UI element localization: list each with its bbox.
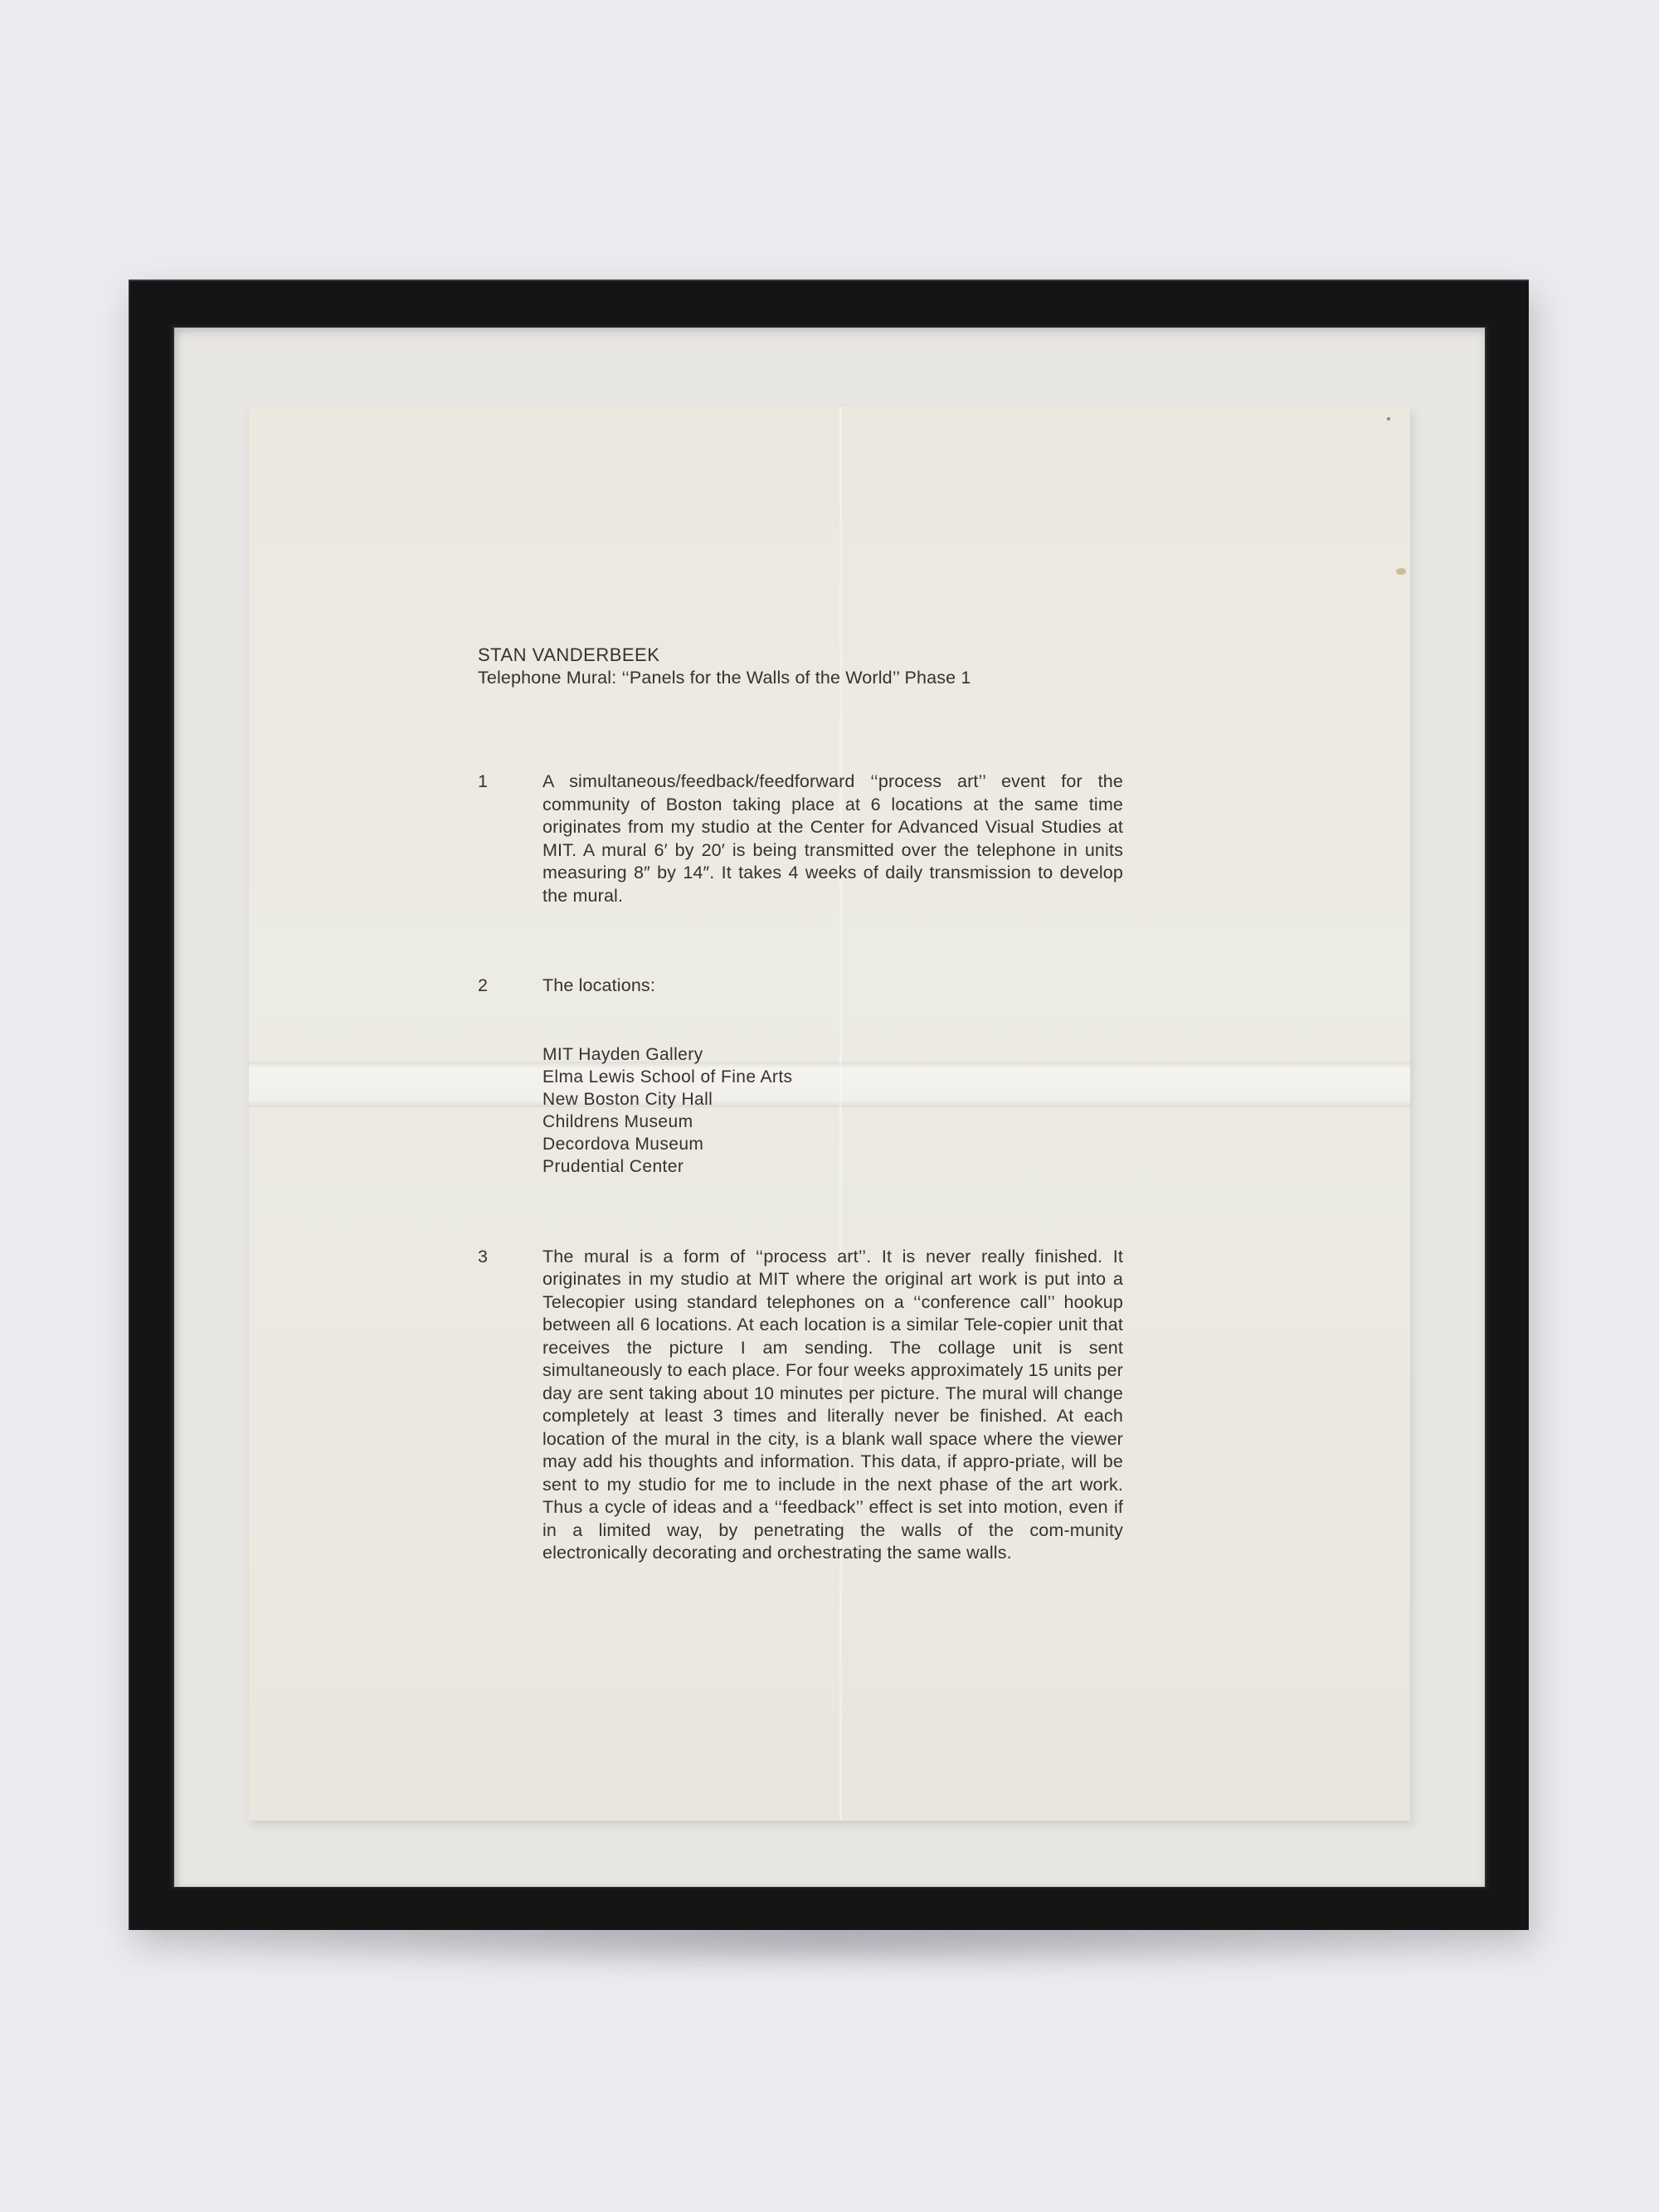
location-item: New Boston City Hall xyxy=(542,1088,1141,1111)
section-1: 1 A simultaneous/feedback/feedforward ‘‘… xyxy=(478,771,1141,907)
document-text: STAN VANDERBEEK Telephone Mural: ‘‘Panel… xyxy=(478,644,1141,1565)
paper-stain xyxy=(1387,417,1390,421)
locations-list: MIT Hayden Gallery Elma Lewis School of … xyxy=(542,1043,1141,1178)
section-3: 3 The mural is a form of ‘‘process art’’… xyxy=(478,1246,1141,1565)
location-item: Decordova Museum xyxy=(542,1133,1141,1155)
section-number: 3 xyxy=(478,1246,488,1269)
section-2: 2 The locations: MIT Hayden Gallery Elma… xyxy=(478,975,1141,1178)
section-body: A simultaneous/feedback/feedforward ‘‘pr… xyxy=(542,771,1123,907)
location-item: Prudential Center xyxy=(542,1155,1141,1178)
section-body: The locations: xyxy=(542,975,1123,998)
paper-stain xyxy=(1396,568,1406,575)
author-name: STAN VANDERBEEK xyxy=(478,644,1141,667)
section-number: 2 xyxy=(478,975,488,998)
section-body: The mural is a form of ‘‘process art’’. … xyxy=(542,1246,1123,1565)
location-item: Childrens Museum xyxy=(542,1111,1141,1133)
document-subtitle: Telephone Mural: ‘‘Panels for the Walls … xyxy=(478,667,1141,690)
location-item: MIT Hayden Gallery xyxy=(542,1043,1141,1066)
location-item: Elma Lewis School of Fine Arts xyxy=(542,1066,1141,1088)
section-number: 1 xyxy=(478,771,488,794)
